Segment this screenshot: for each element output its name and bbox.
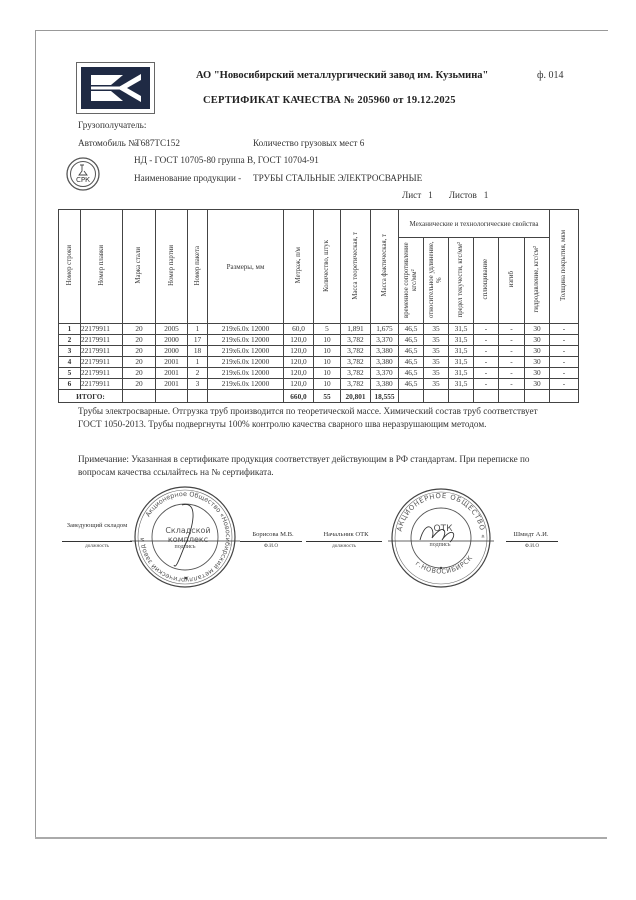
table-cell: - <box>550 379 579 390</box>
table-cell: 31,5 <box>449 324 474 335</box>
table-cell: 120,0 <box>284 335 314 346</box>
table-cell: 3,782 <box>341 346 371 357</box>
header-flattening: сплющивание <box>474 238 499 324</box>
table-cell: 3,782 <box>341 335 371 346</box>
vehicle-number: Т687ТС152 <box>135 138 180 148</box>
table-cell: - <box>474 335 499 346</box>
table-cell: 30 <box>525 368 550 379</box>
table-cell: 3,782 <box>341 368 371 379</box>
table-cell: 31,5 <box>449 335 474 346</box>
table-cell: - <box>499 368 525 379</box>
header-heat-no: Номер плавки <box>81 210 123 324</box>
table-cell: 3,380 <box>371 379 399 390</box>
page-frame-left <box>35 30 36 837</box>
header-tensile: временное сопротивление кгс/мм² <box>399 238 424 324</box>
table-cell: 219x6.0x 12000 <box>208 324 284 335</box>
table-cell: 1,675 <box>371 324 399 335</box>
table-cell: 5 <box>59 368 81 379</box>
table-cell: 1 <box>188 357 208 368</box>
table-cell: 35 <box>424 346 449 357</box>
table-cell: 6 <box>59 379 81 390</box>
header-hydro: гидродавление, кгс/см² <box>525 238 550 324</box>
right-signer-position: Начальник ОТК <box>311 531 381 538</box>
table-cell: 2001 <box>156 357 188 368</box>
table-cell: 30 <box>525 324 550 335</box>
table-cell: 46,5 <box>399 379 424 390</box>
header-row-no: Номер строки <box>59 210 81 324</box>
table-cell: 2 <box>59 335 81 346</box>
table-row: 1221799112020051219x6.0x 1200060,051,891… <box>59 324 579 335</box>
form-number: ф. 014 <box>537 70 563 81</box>
header-package-no: Номер пакета <box>188 210 208 324</box>
table-cell: 219x6.0x 12000 <box>208 368 284 379</box>
table-cell: 5 <box>314 324 341 335</box>
table-cell: 10 <box>314 335 341 346</box>
totals-mass-theoretical: 20,801 <box>341 390 371 403</box>
table-row: 6221799112020013219x6.0x 12000120,0103,7… <box>59 379 579 390</box>
left-signature-caption: подпись <box>165 544 205 550</box>
left-signer-name: Борисова М.В. <box>243 531 303 538</box>
places-count: 6 <box>360 138 365 148</box>
svg-text:Складской: Складской <box>165 526 210 535</box>
table-cell: 3,782 <box>341 357 371 368</box>
table-cell: - <box>499 346 525 357</box>
table-cell: 31,5 <box>449 357 474 368</box>
table-cell: 46,5 <box>399 368 424 379</box>
right-name-line <box>506 541 558 542</box>
table-cell: 31,5 <box>449 368 474 379</box>
table-cell: 2001 <box>156 368 188 379</box>
header-quantity: Количество, штук <box>314 210 341 324</box>
table-cell: 120,0 <box>284 368 314 379</box>
table-cell: 219x6.0x 12000 <box>208 335 284 346</box>
header-steel-grade: Марка стали <box>123 210 156 324</box>
table-cell: 18 <box>188 346 208 357</box>
left-stamp-icon: Акционерное Общество «Новосибирский мета… <box>130 485 240 595</box>
totals-length: 660,0 <box>284 390 314 403</box>
consignee-label: Грузополучатель: <box>78 120 146 130</box>
table-cell: 3,782 <box>341 379 371 390</box>
table-cell: 31,5 <box>449 379 474 390</box>
header-mass-theoretical: Масса теоретическая, т <box>341 210 371 324</box>
right-name-caption: Ф.И.О <box>506 543 558 549</box>
table-cell: - <box>550 324 579 335</box>
table-cell: 120,0 <box>284 379 314 390</box>
totals-label: ИТОГО: <box>59 390 123 403</box>
certificate-title: СЕРТИФИКАТ КАЧЕСТВА № 205960 от 19.12.20… <box>203 95 456 106</box>
page-frame-bottom <box>35 837 607 839</box>
table-cell: 20 <box>123 368 156 379</box>
table-cell: 10 <box>314 368 341 379</box>
table-cell: 2001 <box>156 379 188 390</box>
right-position-line <box>306 541 382 542</box>
table-cell: 20 <box>123 335 156 346</box>
product-name: ТРУБЫ СТАЛЬНЫЕ ЭЛЕКТРОСВАРНЫЕ <box>253 173 422 183</box>
table-cell: 35 <box>424 379 449 390</box>
table-cell: 20 <box>123 324 156 335</box>
srk-badge-icon: СРК <box>66 157 100 191</box>
table-cell: 30 <box>525 379 550 390</box>
right-position-caption: должность <box>306 543 382 549</box>
table-cell: 120,0 <box>284 357 314 368</box>
table-cell: - <box>474 324 499 335</box>
table-cell: 31,5 <box>449 346 474 357</box>
table-cell: 1 <box>188 324 208 335</box>
table-cell: 17 <box>188 335 208 346</box>
table-cell: 46,5 <box>399 346 424 357</box>
table-cell: 4 <box>59 357 81 368</box>
totals-row: ИТОГО: 660,0 55 20,801 18,555 <box>59 390 579 403</box>
left-signer-position: Заведующий складом <box>62 521 132 530</box>
totals-quantity: 55 <box>314 390 341 403</box>
left-name-caption: Ф.И.О <box>240 543 302 549</box>
nmz-k-logo-icon <box>76 62 155 114</box>
table-cell: 1,891 <box>341 324 371 335</box>
table-cell: 10 <box>314 346 341 357</box>
left-name-line <box>240 541 302 542</box>
table-cell: - <box>499 379 525 390</box>
header-mass-actual: Масса фактическая, т <box>371 210 399 324</box>
table-cell: 20 <box>123 357 156 368</box>
table-cell: 2000 <box>156 335 188 346</box>
left-position-line <box>62 541 132 542</box>
header-yield: предел текучести, кгс/мм² <box>449 238 474 324</box>
sheet-info: Лист 1 Листов 1 <box>402 190 488 200</box>
table-cell: 30 <box>525 346 550 357</box>
header-mechanical-properties: Механические и технологические свойства <box>399 210 550 238</box>
table-cell: - <box>499 357 525 368</box>
header-coating: Толщина покрытия, мкм <box>550 210 579 324</box>
table-cell: 20 <box>123 346 156 357</box>
table-cell: - <box>474 368 499 379</box>
table-cell: - <box>550 346 579 357</box>
table-cell: 22179911 <box>81 368 123 379</box>
table-cell: 3 <box>188 379 208 390</box>
notes-paragraph: Трубы электросварные. Отгрузка труб прои… <box>78 405 548 430</box>
table-cell: 22179911 <box>81 335 123 346</box>
table-row: 32217991120200018219x6.0x 12000120,0103,… <box>59 346 579 357</box>
svg-text:г.НОВОСИБИРСК: г.НОВОСИБИРСК <box>414 554 475 576</box>
table-cell: 22179911 <box>81 346 123 357</box>
table-cell: 10 <box>314 357 341 368</box>
table-cell: 2000 <box>156 346 188 357</box>
table-cell: - <box>499 335 525 346</box>
right-signer-name: Шмидт А.И. <box>506 531 556 538</box>
places-info: Количество грузовых мест 6 <box>253 138 364 148</box>
table-cell: 219x6.0x 12000 <box>208 346 284 357</box>
table-cell: - <box>474 346 499 357</box>
table-cell: - <box>499 324 525 335</box>
table-row: 5221799112020012219x6.0x 12000120,0103,7… <box>59 368 579 379</box>
product-label: Наименование продукции - <box>134 173 241 183</box>
page-frame-top <box>35 30 608 31</box>
table-cell: 3,380 <box>371 357 399 368</box>
table-cell: 22179911 <box>81 357 123 368</box>
normative-docs: НД - ГОСТ 10705-80 группа В, ГОСТ 10704-… <box>134 155 319 165</box>
table-row: 22217991120200017219x6.0x 12000120,0103,… <box>59 335 579 346</box>
table-cell: 46,5 <box>399 324 424 335</box>
table-cell: 2 <box>188 368 208 379</box>
right-signature-caption: подпись <box>420 542 460 548</box>
table-cell: 22179911 <box>81 379 123 390</box>
table-cell: 219x6.0x 12000 <box>208 379 284 390</box>
table-cell: 35 <box>424 357 449 368</box>
totals-mass-actual: 18,555 <box>371 390 399 403</box>
table-cell: 2005 <box>156 324 188 335</box>
table-cell: 219x6.0x 12000 <box>208 357 284 368</box>
table-cell: 3 <box>59 346 81 357</box>
svg-text:СРК: СРК <box>76 176 90 184</box>
company-name: АО "Новосибирский металлургический завод… <box>196 70 488 81</box>
table-body: 1221799112020051219x6.0x 1200060,051,891… <box>59 324 579 390</box>
table-cell: 22179911 <box>81 324 123 335</box>
table-cell: - <box>474 357 499 368</box>
left-position-caption: должность <box>62 543 132 549</box>
table-cell: 46,5 <box>399 357 424 368</box>
table-cell: - <box>550 357 579 368</box>
table-cell: 30 <box>525 335 550 346</box>
table-row: 4221799112020011219x6.0x 12000120,0103,7… <box>59 357 579 368</box>
header-bend: изгиб <box>499 238 525 324</box>
table-cell: 20 <box>123 379 156 390</box>
vehicle-label: Автомобиль № <box>78 138 137 148</box>
table-cell: 10 <box>314 379 341 390</box>
table-cell: 46,5 <box>399 335 424 346</box>
table-cell: - <box>550 335 579 346</box>
table-cell: 35 <box>424 324 449 335</box>
table-cell: 30 <box>525 357 550 368</box>
header-batch-no: Номер партии <box>156 210 188 324</box>
notes-remark: Примечание: Указанная в сертификате прод… <box>78 453 548 478</box>
table-cell: - <box>474 379 499 390</box>
header-elongation: относительное удлинение, % <box>424 238 449 324</box>
places-label: Количество грузовых мест <box>253 138 357 148</box>
certificate-table: Номер строки Номер плавки Марка стали Но… <box>58 209 579 403</box>
table-cell: 1 <box>59 324 81 335</box>
table-cell: 35 <box>424 335 449 346</box>
table-cell: 120,0 <box>284 346 314 357</box>
header-dimensions: Размеры, мм <box>208 210 284 324</box>
table-cell: - <box>550 368 579 379</box>
table-cell: 60,0 <box>284 324 314 335</box>
table-cell: 3,370 <box>371 368 399 379</box>
header-length: Метраж, п/м <box>284 210 314 324</box>
table-cell: 35 <box>424 368 449 379</box>
table-cell: 3,370 <box>371 335 399 346</box>
table-cell: 3,380 <box>371 346 399 357</box>
